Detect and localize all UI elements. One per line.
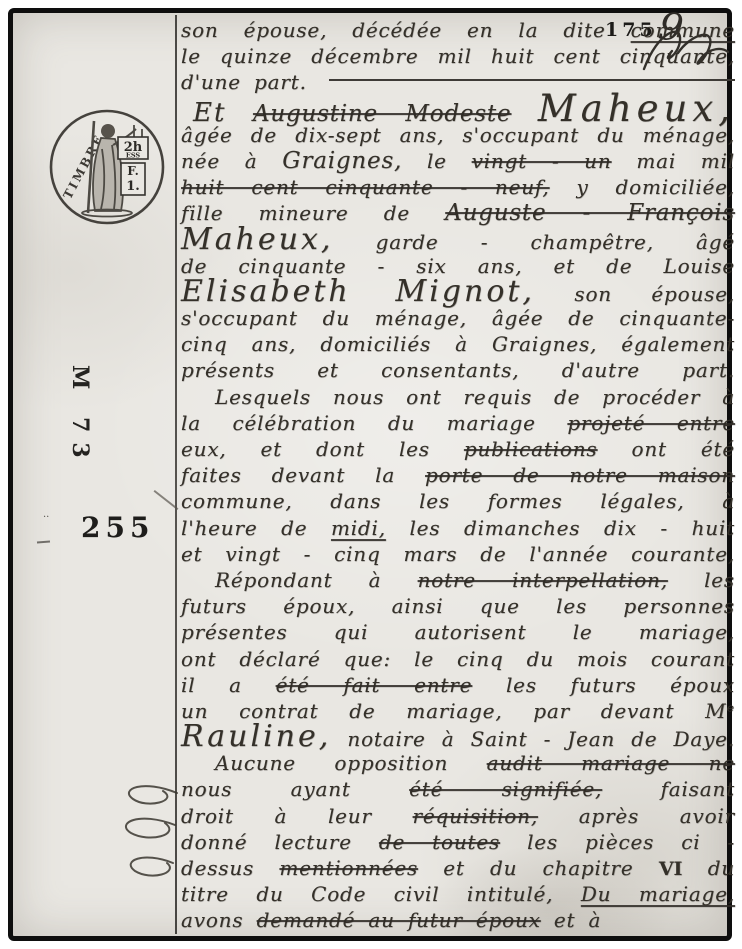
text-segment: née à [181,149,257,173]
text-segment: le quinze décembre mil huit cent cinquan… [181,44,735,68]
text-segment: ont déclaré que: le cinq du mois courant [181,647,735,671]
text-segment: la célébration du mariage [181,411,536,435]
text-segment: donné lecture [181,830,352,854]
text-segment: VI [659,858,683,880]
text-segment: Graignes, [282,148,402,174]
text-segment: les [704,568,735,592]
text-segment: commune, dans les formes légales, à [181,489,735,513]
text-segment: il a [181,673,242,697]
handwritten-line: née à Graignes, le vingt - un mai mil [181,148,735,174]
stamp-value-boxes: 2h ESS F. 1. [118,137,148,195]
handwritten-line: Lesquels nous ont requis de procéder à [181,384,735,410]
handwritten-line: cinq ans, domiciliés à Graignes, égaleme… [181,331,735,357]
handwritten-line: nous ayant été signifiée, faisant [181,776,735,802]
handwritten-line: avons demandé au futur époux et à [181,907,735,933]
text-segment: été signifiée, [409,777,602,801]
text-segment: faites devant la [181,463,395,487]
handwritten-line: futurs époux, ainsi que les personnes [181,593,735,619]
text-segment: été fait entre [276,673,473,697]
text-segment: Lesquels nous ont requis de procéder à [215,385,735,409]
pencil-dash-mark [37,541,50,544]
handwritten-line: Elisabeth Mignot, son épouse, [181,279,735,305]
document-text: son épouse, décédée en la dite commune l… [181,17,735,934]
text-segment: eux, et dont les [181,437,430,461]
text-segment: âgée de dix-sept ans, s'occupant du ména… [181,123,735,147]
handwritten-line: présents et consentants, d'autre part. [181,357,735,383]
separator-rule [329,79,735,81]
text-segment: Aucune opposition [215,751,448,775]
text-segment: l'heure de [181,516,307,540]
handwritten-line: Répondant à notre interpellation, les [181,567,735,593]
handwritten-line: Maheux, garde - champêtre, âgé [181,227,735,253]
text-segment: Elisabeth Mignot, [181,274,535,309]
text-segment: titre du Code civil intitulé, [181,882,553,906]
handwritten-line: l'heure de midi, les dimanches dix - hui… [181,515,735,541]
handwritten-line: huit cent cinquante - neuf, y domiciliée… [181,174,735,200]
text-segment: les dimanches dix - huit [409,516,735,540]
text-segment: s'occupant du ménage, âgée de cinquante- [181,306,735,330]
text-segment: cinq ans, domiciliés à Graignes, égaleme… [181,332,735,356]
text-segment: après avoir [579,804,735,828]
text-segment: de toutes [379,830,500,854]
handwritten-line: dessus mentionnées et du chapitre VI du [181,855,735,881]
text-segment: porte de notre maison [425,463,735,487]
handwritten-line: âgée de dix-sept ans, s'occupant du ména… [181,122,735,148]
text-segment: huit cent cinquante - neuf, [181,175,550,199]
text-segment: ont été [632,437,735,461]
text-segment: commune [631,18,735,42]
text-segment: et à [554,908,601,932]
handwritten-line: ont déclaré que: le cinq du mois courant [181,646,735,672]
handwritten-line: s'occupant du ménage, âgée de cinquante- [181,305,735,331]
text-segment: avons [181,908,243,932]
text-segment: mentionnées [279,856,418,880]
handwritten-line: Et Augustine Modeste Maheux, [181,96,735,122]
handwritten-line: la célébration du mariage projeté entre [181,410,735,436]
margin-folio-number: 255 [81,511,154,544]
stamp-value-top-sub: ESS [126,152,141,160]
text-segment: garde - champêtre, âgé [376,230,735,254]
handwritten-line: il a été fait entre les futurs époux [181,672,735,698]
text-segment: mai mil [636,149,735,173]
handwritten-line: le quinze décembre mil huit cent cinquan… [181,43,735,69]
text-segment: Répondant à [215,568,381,592]
text-segment: Du mariage, [581,882,735,906]
handwritten-line: droit à leur réquisition, après avoir [181,803,735,829]
text-segment: son épouse, décédée en la dite [181,18,606,42]
text-segment: Auguste - François [445,200,735,226]
text-segment: notre interpellation, [418,568,668,592]
text-segment: midi, [331,516,386,540]
text-segment: et vingt - cinq mars de l'année courante… [181,542,735,566]
text-segment: droit à leur [181,804,372,828]
text-segment: demandé au futur époux [257,908,541,932]
handwritten-line: Aucune opposition audit mariage ne [181,750,735,776]
handwritten-line: donné lecture de toutes les pièces ci - [181,829,735,855]
text-segment: y domiciliée, [577,175,735,199]
revenue-stamp-drawing: TIMBRE 2h ESS F. 1. [46,105,168,229]
text-segment: dessus [181,856,254,880]
scanned-page: TIMBRE 2h ESS F. 1. [8,8,732,941]
handwritten-line: commune, dans les formes légales, à [181,488,735,514]
handwritten-line: son épouse, décédée en la dite commune [181,17,735,43]
text-segment: les pièces ci - [527,830,735,854]
text-segment: réquisition, [413,804,538,828]
handwritten-line: Rauline, notaire à Saint - Jean de Daye. [181,724,735,750]
text-segment: nous ayant [181,777,351,801]
handwritten-line: faites devant la porte de notre maison [181,462,735,488]
text-segment: du [708,856,735,880]
text-segment: projeté entre [567,411,735,435]
text-segment: audit mariage ne [487,751,735,775]
handwritten-line: titre du Code civil intitulé, Du mariage… [181,881,735,907]
pencil-mark: .. [43,509,51,513]
handwritten-line: présentes qui autorisent le mariage, [181,619,735,645]
text-segment: présents et consentants, d'autre part. [181,358,735,382]
text-segment: publications [464,437,598,461]
handwritten-line: eux, et dont les publications ont été [181,436,735,462]
text-segment: vingt - un [472,149,612,173]
text-segment: futurs époux, ainsi que les personnes [181,594,735,618]
stamp-value-amount: 1. [126,179,140,194]
text-segment: le [427,149,447,173]
text-segment: les futurs époux [506,673,735,697]
text-segment: et du chapitre [443,856,633,880]
text-segment: d'une part. [181,69,307,95]
margin-vertical-label: M 73 [57,365,93,475]
text-segment: Maheux, [181,222,333,257]
stamp-value-franc: F. [127,164,139,178]
handwritten-line: et vingt - cinq mars de l'année courante… [181,541,735,567]
text-segment: présentes qui autorisent le mariage, [181,620,735,644]
text-segment: Rauline, [181,719,331,754]
revenue-stamp: TIMBRE 2h ESS F. 1. [46,105,168,229]
margin-flourish [113,775,183,895]
text-segment: notaire à Saint - Jean de Daye. [347,727,735,751]
text-segment: son épouse, [574,282,735,306]
text-segment: faisant [661,777,735,801]
